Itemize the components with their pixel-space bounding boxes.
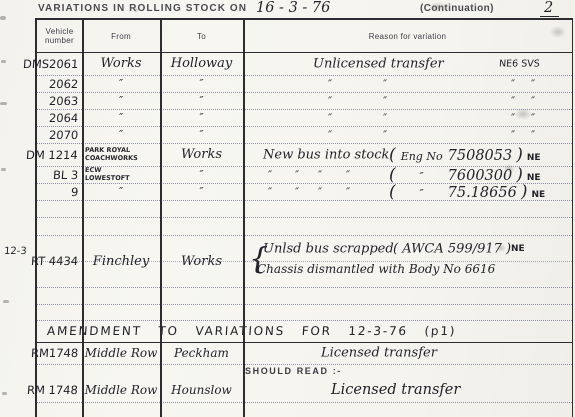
from-value: Middle Row: [85, 346, 158, 360]
reference-text: ( AWCA 599/917 ): [393, 242, 511, 257]
binding-mark: [2, 392, 7, 395]
reason-text-line2: Chassis dismantled with Body No 6616: [257, 262, 495, 276]
to-value: Works: [181, 254, 222, 269]
ditto-mark: ″: [511, 77, 515, 90]
ditto-mark: ″: [295, 185, 299, 198]
ditto-mark: ″: [383, 94, 387, 107]
engine-label: Eng No: [400, 150, 444, 163]
close-paren: ): [521, 182, 528, 202]
vehicle-number: 9: [70, 185, 78, 199]
from-value: Works: [100, 56, 141, 71]
ditto-mark: ″: [199, 111, 203, 124]
should-read-label: SHOULD READ :-: [245, 366, 342, 376]
vehicle-number: 2062: [48, 77, 78, 91]
ditto-mark: ″: [328, 128, 332, 141]
table-row-dms2061: DMS2061 Works Holloway Unlicensed transf…: [37, 52, 572, 76]
ditto-mark: ″: [383, 111, 387, 124]
empty-row: [37, 287, 572, 305]
to-value: Peckham: [174, 346, 229, 360]
annotation-note: NE6 SVS: [499, 58, 541, 69]
vehicle-number: 2064: [48, 111, 78, 125]
ditto-mark: ″: [199, 168, 203, 181]
page-title: VARIATIONS IN ROLLING STOCK ON: [38, 3, 247, 14]
binding-mark: [0, 102, 7, 105]
ditto-mark: ″: [268, 168, 272, 181]
margin-date-note: 12-3: [4, 246, 27, 257]
ditto-mark: ″: [119, 185, 123, 198]
ditto-mark: ″: [119, 111, 123, 124]
annotation-note: NE: [511, 244, 525, 254]
table-row-bl9: 9 ″ ″ ″ ″ ″ ″ ( ″ 75.18656 ) NE: [37, 183, 572, 201]
col-header-vehicle: Vehicle number: [37, 27, 82, 45]
table-row-2062: 2062 ″ ″ ″ ″ ″ ″: [37, 75, 572, 93]
binding-mark: [0, 16, 6, 20]
vehicle-number: 2070: [48, 128, 78, 142]
from-value-line2: LOWESTOFT: [85, 175, 130, 183]
annotation-note: NE: [527, 153, 541, 163]
column-divider: [160, 20, 162, 417]
reason-text: Unlicensed transfer: [313, 56, 444, 71]
rolling-stock-table: Vehicle number From To Reason for variat…: [35, 18, 573, 417]
table-row-2064: 2064 ″ ″ ″ ″ ″ ″: [37, 109, 572, 127]
col-header-reason: Reason for variation: [243, 32, 572, 41]
ditto-mark: ″: [400, 187, 444, 200]
table-row-rm1748-original: RM1748 Middle Row Peckham Licensed trans…: [37, 342, 572, 365]
empty-row: [37, 304, 572, 321]
from-value-line2: COACHWORKS: [85, 155, 138, 163]
reason-text: Licensed transfer: [321, 346, 437, 361]
to-value: Hounslow: [171, 383, 232, 397]
col-header-from: From: [82, 32, 160, 41]
vehicle-number: 2063: [48, 94, 78, 108]
scan-smudge: [550, 26, 566, 38]
col-header-to: To: [160, 32, 243, 41]
ditto-mark: ″: [383, 128, 387, 141]
ditto-mark: ″: [199, 185, 203, 198]
table-row-rt4434: RT 4434 Finchley Works { Unlsd bus scrap…: [37, 235, 572, 288]
ditto-mark: ″: [119, 77, 123, 90]
to-value: Works: [181, 147, 222, 162]
ditto-mark: ″: [328, 77, 332, 90]
heading-date: 16 - 3 - 76: [256, 0, 330, 16]
ditto-mark: ″: [119, 94, 123, 107]
ditto-mark: ″: [318, 168, 322, 181]
table-row-rm1748-corrected: RM 1748 Middle Row Hounslow Licensed tra…: [37, 378, 572, 403]
ditto-mark: ″: [511, 111, 515, 124]
reason-text: Licensed transfer: [331, 382, 460, 398]
empty-row: [37, 200, 572, 218]
vehicle-number: RM 1748: [27, 383, 79, 397]
amendment-row: AMENDMENT TO VARIATIONS FOR 12-3-76 (p1): [37, 320, 572, 343]
table-row-2063: 2063 ″ ″ ″ ″ ″ ″: [37, 92, 572, 110]
empty-row: [37, 402, 572, 417]
scan-smudge: [428, 2, 448, 12]
ditto-mark: ″: [318, 185, 322, 198]
binding-mark: [1, 168, 6, 171]
vehicle-number: BL 3: [52, 168, 78, 182]
close-paren: ): [516, 145, 523, 165]
vehicle-number: RM1748: [30, 346, 78, 360]
open-paren: (: [389, 145, 396, 165]
ditto-mark: ″: [531, 77, 535, 90]
reason-text-line1: Unlsd bus scrapped: [263, 242, 394, 257]
ditto-mark: ″: [328, 94, 332, 107]
page-number: 2: [540, 0, 559, 17]
ditto-mark: ″: [531, 94, 535, 107]
engine-number: 75.18656: [448, 185, 517, 201]
engine-number: 7508053: [448, 148, 513, 164]
from-value: Finchley: [93, 254, 149, 269]
column-divider: [243, 20, 245, 417]
vehicle-number: RT 4434: [30, 254, 78, 268]
table-row-2070: 2070 ″ ″ ″ ″ ″ ″: [37, 126, 572, 144]
column-divider: [82, 20, 84, 417]
ditto-mark: ″: [511, 94, 515, 107]
to-value: Holloway: [171, 56, 233, 71]
ditto-mark: ″: [199, 94, 203, 107]
ditto-mark: ″: [199, 77, 203, 90]
ditto-mark: ″: [531, 128, 535, 141]
annotation-note: NE: [531, 190, 545, 200]
ditto-mark: ″: [199, 128, 203, 141]
amendment-heading: AMENDMENT TO VARIATIONS FOR 12-3-76 (p1): [47, 324, 457, 338]
ditto-mark: ″: [511, 128, 515, 141]
should-read-row: SHOULD READ :-: [37, 364, 572, 378]
binding-mark: [1, 60, 6, 63]
reason-text: New bus into stock: [263, 147, 389, 162]
table-row-dm1214: DM 1214 PARK ROYAL COACHWORKS Works New …: [37, 143, 572, 167]
ditto-mark: ″: [328, 111, 332, 124]
binding-mark: [3, 300, 9, 303]
ditto-mark: ″: [119, 128, 123, 141]
scan-smudge: [133, 7, 139, 13]
ditto-mark: ″: [531, 111, 535, 124]
ditto-mark: ″: [383, 77, 387, 90]
ditto-mark: ″: [346, 168, 350, 181]
ditto-mark: ″: [295, 168, 299, 181]
empty-row: [37, 217, 572, 236]
table-header: Vehicle number From To Reason for variat…: [37, 20, 572, 53]
from-value: Middle Row: [85, 383, 158, 397]
scanned-ledger-page: VARIATIONS IN ROLLING STOCK ON 16 - 3 - …: [0, 0, 575, 417]
ditto-mark: ″: [268, 185, 272, 198]
ditto-mark: ″: [346, 185, 350, 198]
table-body: DMS2061 Works Holloway Unlicensed transf…: [37, 52, 572, 417]
vehicle-number: DM 1214: [26, 148, 79, 162]
open-paren: (: [389, 182, 396, 202]
vehicle-number: DMS2061: [22, 57, 78, 71]
